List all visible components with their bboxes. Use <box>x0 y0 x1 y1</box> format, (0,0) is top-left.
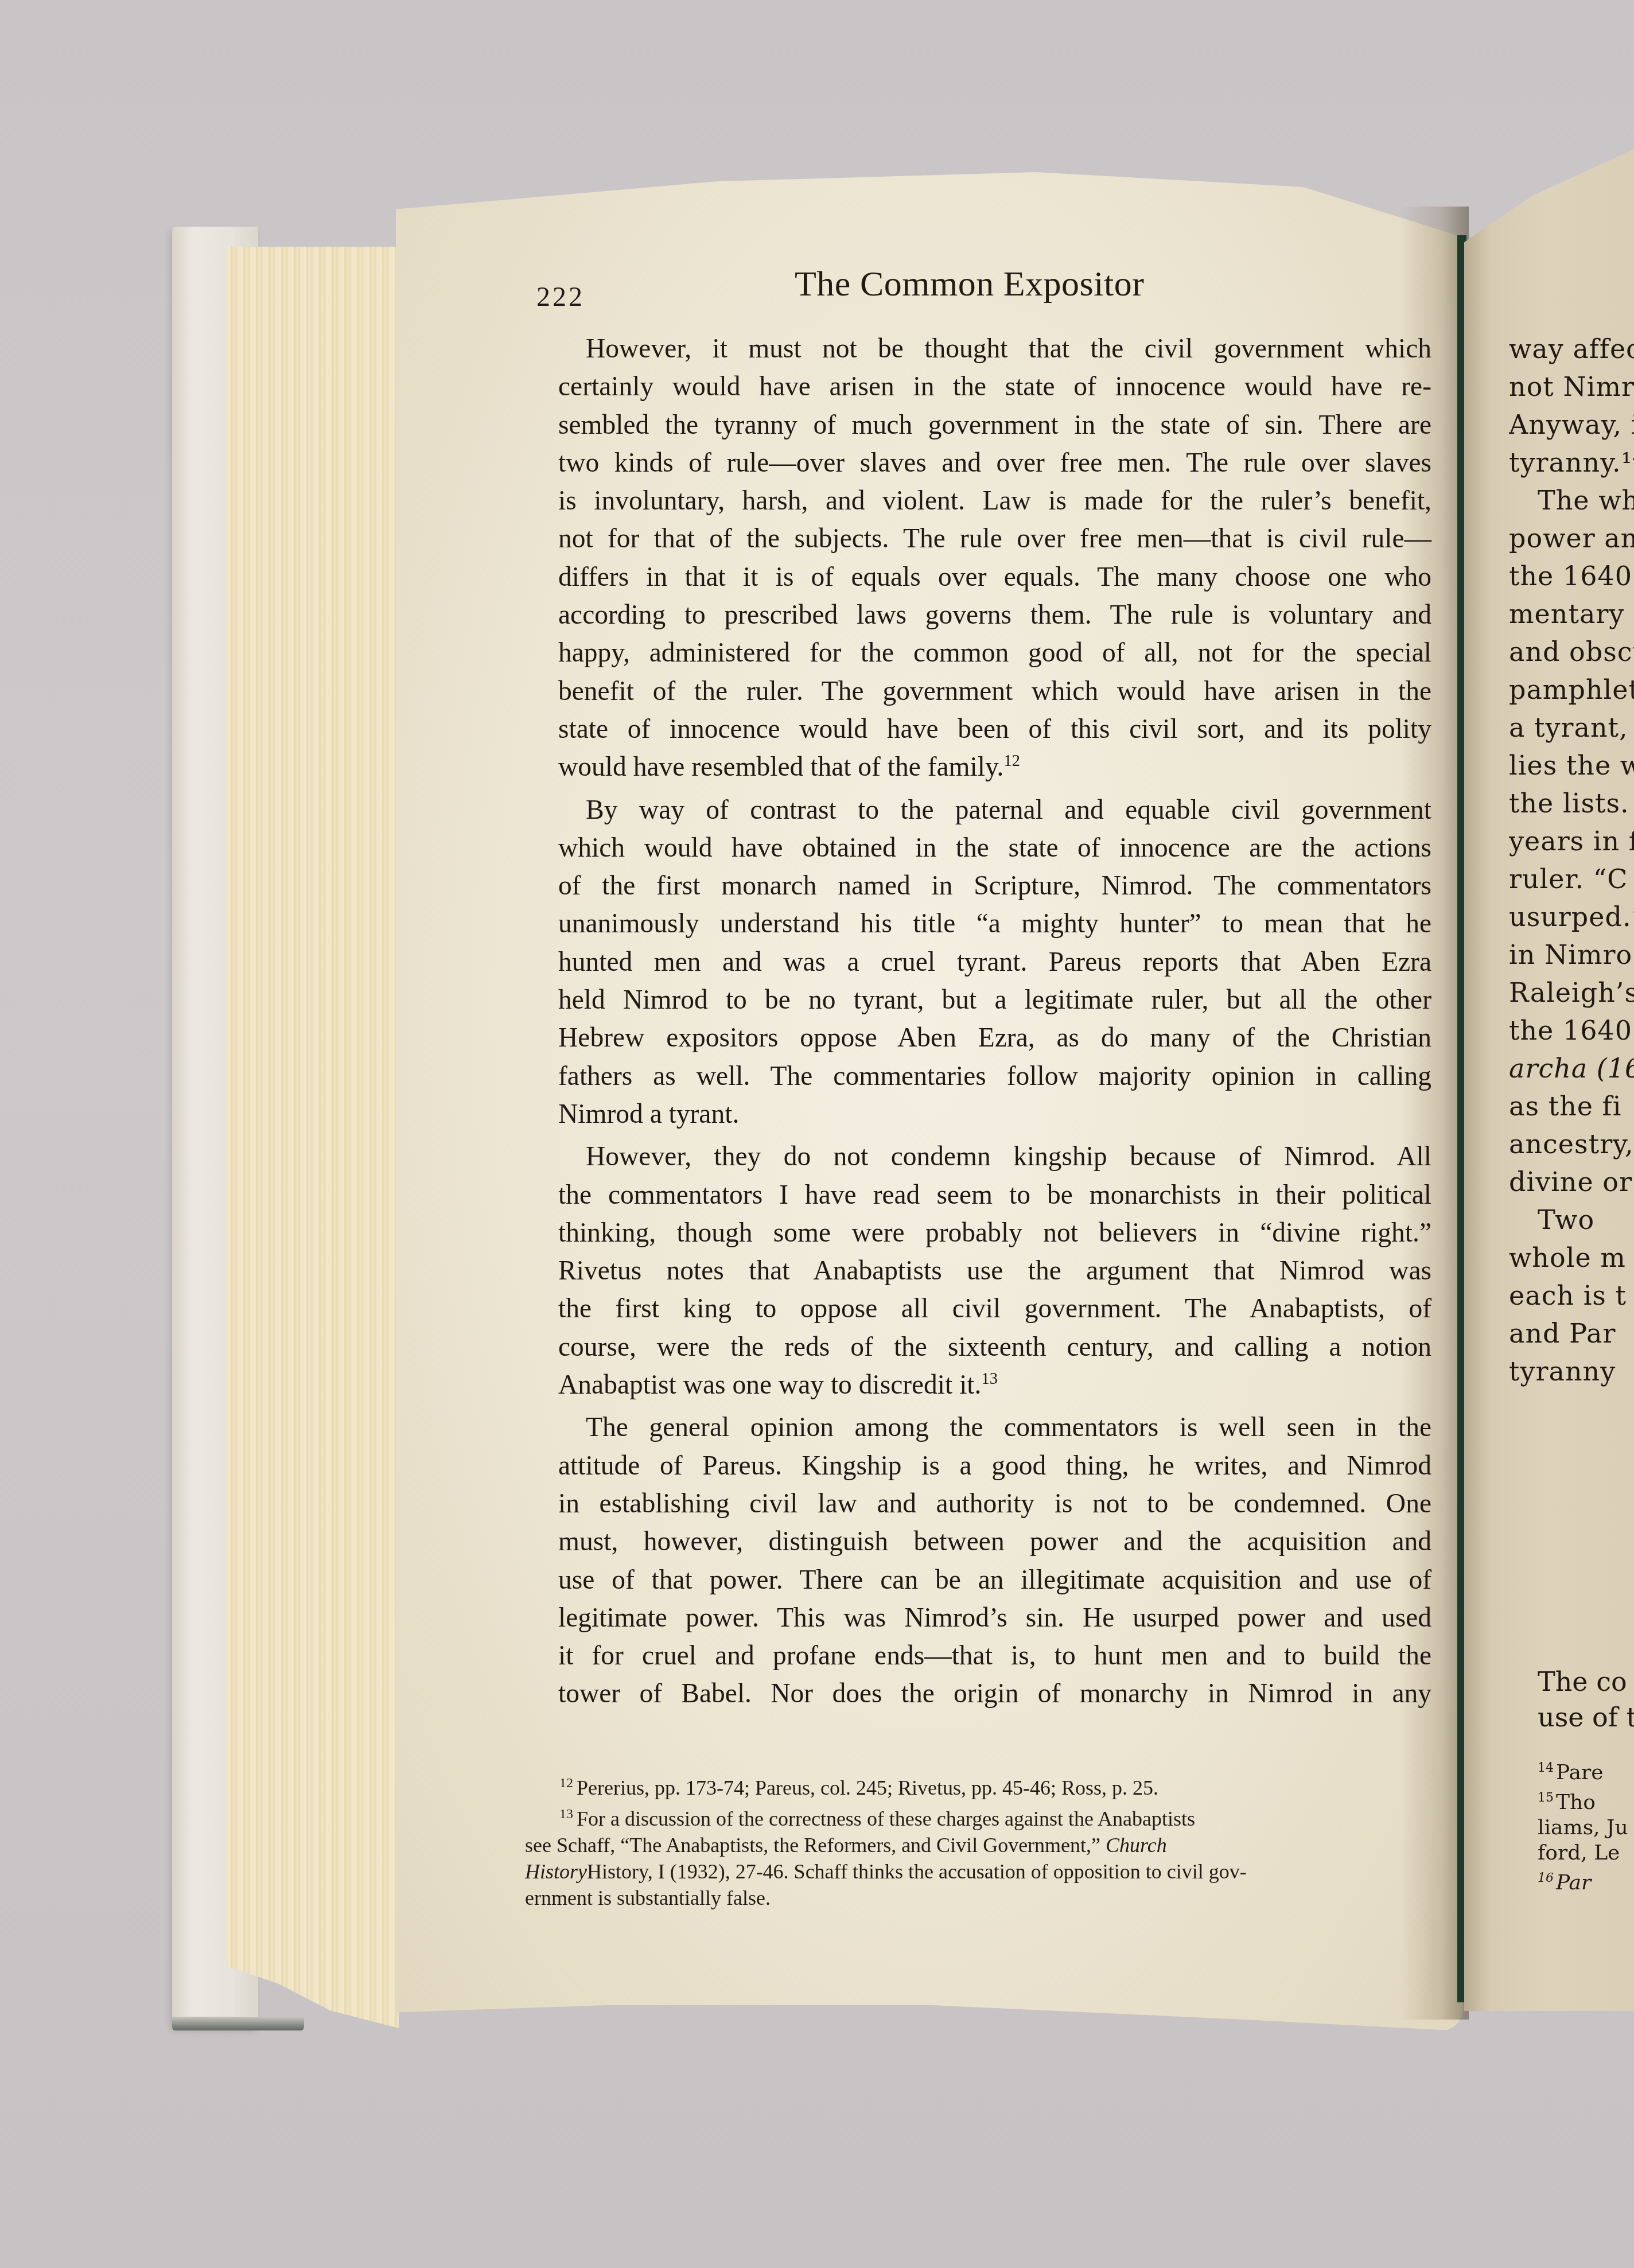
facing-line: ruler. “C <box>1509 860 1634 898</box>
facing-line: and obscu <box>1509 633 1634 671</box>
facing-line: pamphlet <box>1509 671 1634 709</box>
body-text: However, it must not be thought that the… <box>531 330 1431 1718</box>
facing-line: the 1640’s <box>1509 557 1634 595</box>
footnote-text: For a discussion of the correctness of t… <box>577 1807 1195 1830</box>
facing-line: usurped.” <box>1509 898 1634 936</box>
text-line: the first king to oppose all civil gover… <box>531 1290 1431 1328</box>
footnote-number: 13 <box>559 1807 573 1822</box>
facing-line: archa (16 <box>1509 1049 1634 1087</box>
book-cover-bottom <box>172 2017 304 2030</box>
footnote-12: 12Pererius, pp. 173-74; Pareus, col. 245… <box>525 1770 1420 1801</box>
text-line: certainly would have arisen in the state… <box>531 368 1431 406</box>
text-line: attitude of Pareus. Kingship is a good t… <box>531 1447 1431 1485</box>
text-line: which would have obtained in the state o… <box>531 829 1431 867</box>
facing-footnote: 16Par <box>1538 1866 1634 1896</box>
footnote-italic-title: History <box>525 1860 587 1883</box>
facing-line: and Par <box>1509 1314 1634 1352</box>
facing-page-lower-text: The co use of t <box>1538 1664 1634 1735</box>
facing-line: use of t <box>1538 1699 1634 1735</box>
facing-page-footnotes: 14Pare 15Tho liams, Ju ford, Le 16Par <box>1538 1756 1634 1896</box>
paragraph: The general opinion among the commentato… <box>531 1409 1431 1713</box>
facing-line: Two <box>1509 1201 1634 1239</box>
footnote-13-continued: see Schaff, “The Anabaptists, the Reform… <box>525 1832 1420 1858</box>
facing-line: in Nimro <box>1509 936 1634 974</box>
text-line: Rivetus notes that Anabaptists use the a… <box>531 1252 1431 1290</box>
text-line: use of that power. There can be an illeg… <box>531 1561 1431 1599</box>
facing-line: as the fi <box>1509 1087 1634 1125</box>
paragraph: However, they do not condemn kingship be… <box>531 1138 1431 1404</box>
page-stack-edges <box>227 247 399 2028</box>
text-line: not for that of the subjects. The rule o… <box>531 520 1431 558</box>
text-line: must, however, distinguish between power… <box>531 1523 1431 1561</box>
text-line: state of innocence would have been of th… <box>531 710 1431 748</box>
footnote-text: Pererius, pp. 173-74; Pareus, col. 245; … <box>577 1776 1158 1799</box>
facing-line: Anyway, i <box>1509 406 1634 444</box>
text-line-content: Anabaptist was one way to discredit it. <box>558 1370 981 1400</box>
text-line: Nimrod a tyrant. <box>531 1095 1431 1133</box>
text-line: two kinds of rule—over slaves and over f… <box>531 444 1431 482</box>
text-line: By way of contrast to the paternal and e… <box>531 791 1431 829</box>
facing-line: ancestry, <box>1509 1125 1634 1163</box>
facing-line: lies the w <box>1509 746 1634 784</box>
text-line: legitimate power. This was Nimrod’s sin.… <box>531 1599 1431 1637</box>
text-line: according to prescribed laws governs the… <box>531 596 1431 634</box>
facing-line: way affect <box>1509 330 1634 368</box>
footnote-text: History, I (1932), 27-46. Schaff thinks … <box>587 1860 1247 1883</box>
text-line: thinking, though some were probably not … <box>531 1214 1431 1252</box>
text-line: However, it must not be thought that the… <box>531 330 1431 368</box>
facing-line: tyranny <box>1509 1352 1634 1390</box>
footnote-ref-13[interactable]: 13 <box>981 1370 998 1388</box>
text-line: tower of Babel. Nor does the origin of m… <box>531 1675 1431 1713</box>
text-line: hunted men and was a cruel tyrant. Pareu… <box>531 943 1431 981</box>
paragraph: By way of contrast to the paternal and e… <box>531 791 1431 1134</box>
facing-line: a tyrant, “ <box>1509 709 1634 746</box>
text-line: Anabaptist was one way to discredit it.1… <box>531 1366 1431 1404</box>
facing-line: The wh <box>1509 481 1634 519</box>
footnote-text: Par <box>1556 1871 1591 1894</box>
footnote-italic-title: Church <box>1106 1834 1167 1857</box>
facing-line: the 1640’ <box>1509 1012 1634 1049</box>
text-line: The general opinion among the commentato… <box>531 1409 1431 1446</box>
footnote-number: 16 <box>1538 1871 1554 1885</box>
text-line: would have resembled that of the family.… <box>531 748 1431 786</box>
page-header: 222 The Common Expositor <box>536 252 1397 321</box>
facing-line: tyranny.¹⁴ <box>1509 444 1634 481</box>
text-line: is involuntary, harsh, and violent. Law … <box>531 482 1431 520</box>
footnote-text: ernment is substantially false. <box>525 1885 1420 1911</box>
text-line: However, they do not condemn kingship be… <box>531 1138 1431 1176</box>
footnote-13: 13For a discussion of the correctness of… <box>525 1801 1420 1832</box>
facing-footnote: 14Pare <box>1538 1756 1634 1785</box>
facing-page-text: way affect not Nimro Anyway, i tyranny.¹… <box>1509 330 1634 1390</box>
facing-line: power and <box>1509 519 1634 557</box>
footnote-text: ford, Le <box>1538 1841 1634 1866</box>
footnote-13-continued: HistoryHistory, I (1932), 27-46. Schaff … <box>525 1858 1420 1885</box>
footnote-text: Tho <box>1556 1791 1596 1814</box>
facing-line: each is t <box>1509 1277 1634 1314</box>
facing-footnote: 15Tho <box>1538 1785 1634 1815</box>
text-line: fathers as well. The commentaries follow… <box>531 1057 1431 1095</box>
facing-line: The co <box>1538 1664 1634 1699</box>
text-line: happy, administered for the common good … <box>531 634 1431 672</box>
text-line: course, were the reds of the sixteenth c… <box>531 1328 1431 1366</box>
footnotes: 12Pererius, pp. 173-74; Pareus, col. 245… <box>525 1770 1420 1911</box>
text-line: it for cruel and profane ends—that is, t… <box>531 1637 1431 1675</box>
page-number: 222 <box>536 281 585 313</box>
text-line: of the first monarch named in Scripture,… <box>531 867 1431 905</box>
text-line: differs in that it is of equals over equ… <box>531 558 1431 596</box>
text-line: Hebrew expositors oppose Aben Ezra, as d… <box>531 1019 1431 1057</box>
facing-line: the lists. <box>1509 784 1634 822</box>
facing-line: divine or <box>1509 1163 1634 1201</box>
footnote-number: 15 <box>1538 1791 1554 1805</box>
text-line: sembled the tyranny of much government i… <box>531 406 1431 444</box>
text-line: in establishing civil law and authority … <box>531 1485 1431 1523</box>
text-line: benefit of the ruler. The government whi… <box>531 672 1431 710</box>
facing-line: Raleigh’s <box>1509 974 1634 1012</box>
footnote-number: 14 <box>1538 1761 1554 1775</box>
running-head: The Common Expositor <box>795 264 1144 305</box>
facing-line: whole m <box>1509 1239 1634 1277</box>
footnote-text: liams, Ju <box>1538 1815 1634 1841</box>
footnote-text: see Schaff, “The Anabaptists, the Reform… <box>525 1834 1106 1857</box>
footnote-number: 12 <box>559 1776 573 1791</box>
text-line: unanimously understand his title “a migh… <box>531 905 1431 943</box>
footnote-ref-12[interactable]: 12 <box>1003 752 1020 770</box>
footnote-text: Pare <box>1556 1761 1604 1784</box>
facing-line: years in f <box>1509 822 1634 860</box>
text-line: the commentators I have read seem to be … <box>531 1176 1431 1214</box>
facing-line: mentary t <box>1509 595 1634 633</box>
paragraph: However, it must not be thought that the… <box>531 330 1431 787</box>
facing-line: not Nimro <box>1509 368 1634 406</box>
text-line: held Nimrod to be no tyrant, but a legit… <box>531 981 1431 1019</box>
text-line-content: would have resembled that of the family. <box>558 752 1003 782</box>
